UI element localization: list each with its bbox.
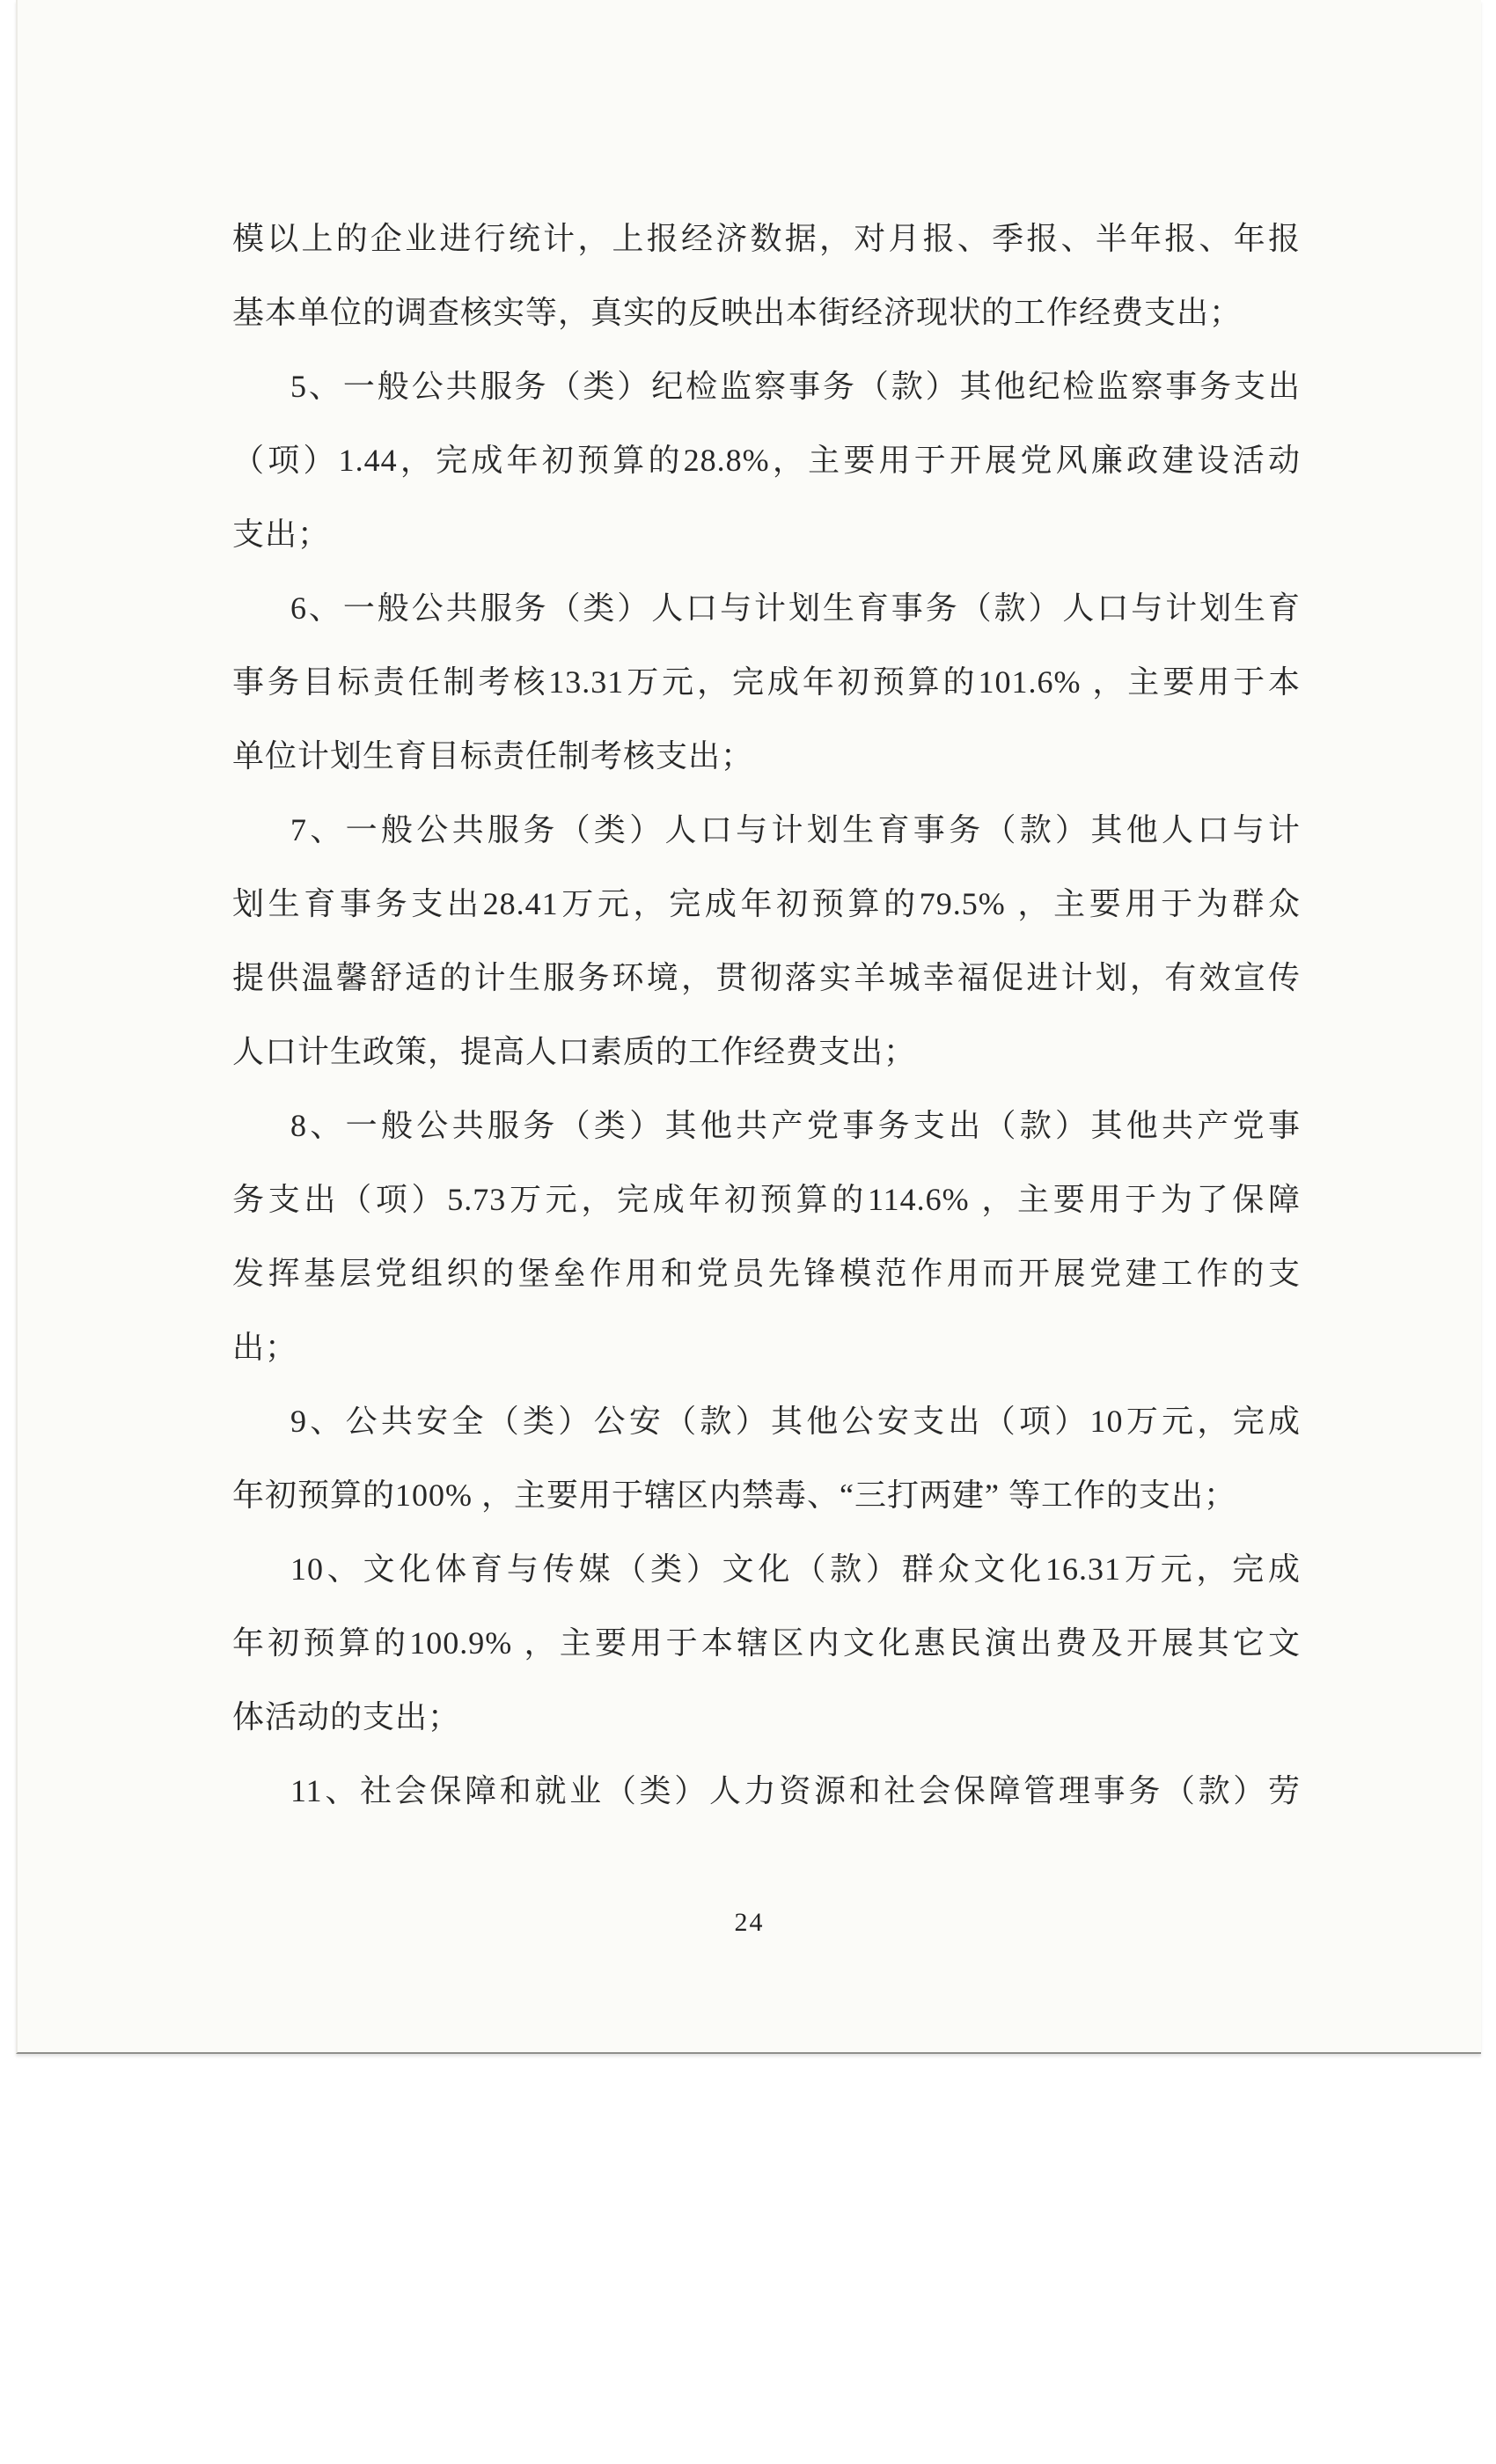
- text-line: 10、文化体育与传媒（类）文化（款）群众文化16.31万元，完成: [232, 1532, 1301, 1606]
- text-line: 事务目标责任制考核13.31万元，完成年初预算的101.6% ，主要用于本: [232, 645, 1301, 719]
- text-line: 年初预算的100.9% ，主要用于本辖区内文化惠民演出费及开展其它文: [232, 1606, 1301, 1680]
- text-line: （项）1.44，完成年初预算的28.8%，主要用于开展党风廉政建设活动: [232, 423, 1301, 497]
- text-block: 模以上的企业进行统计，上报经济数据，对月报、季报、半年报、年报基本单位的调查核实…: [232, 202, 1301, 1828]
- text-line: 11、社会保障和就业（类）人力资源和社会保障管理事务（款）劳: [232, 1754, 1301, 1828]
- text-line: 体活动的支出；: [232, 1680, 1301, 1754]
- text-line: 5、一般公共服务（类）纪检监察事务（款）其他纪检监察事务支出: [232, 349, 1301, 423]
- text-line: 发挥基层党组织的堡垒作用和党员先锋模范作用而开展党建工作的支: [232, 1236, 1301, 1310]
- text-line: 务支出（项）5.73万元，完成年初预算的114.6% ，主要用于为了保障: [232, 1162, 1301, 1236]
- text-line: 模以上的企业进行统计，上报经济数据，对月报、季报、半年报、年报: [232, 202, 1301, 275]
- text-line: 9、公共安全（类）公安（款）其他公安支出（项）10万元，完成: [232, 1384, 1301, 1458]
- text-line: 6、一般公共服务（类）人口与计划生育事务（款）人口与计划生育: [232, 571, 1301, 645]
- text-line: 7、一般公共服务（类）人口与计划生育事务（款）其他人口与计: [232, 793, 1301, 867]
- text-line: 8、一般公共服务（类）其他共产党事务支出（款）其他共产党事: [232, 1089, 1301, 1162]
- text-line: 出；: [232, 1310, 1301, 1384]
- text-line: 单位计划生育目标责任制考核支出；: [232, 719, 1301, 793]
- text-line: 支出；: [232, 497, 1301, 571]
- text-line: 划生育事务支出28.41万元，完成年初预算的79.5% ，主要用于为群众: [232, 867, 1301, 941]
- text-line: 年初预算的100% ，主要用于辖区内禁毒、“三打两建” 等工作的支出；: [232, 1458, 1301, 1532]
- document-page: 模以上的企业进行统计，上报经济数据，对月报、季报、半年报、年报基本单位的调查核实…: [16, 0, 1481, 2054]
- text-line: 人口计生政策，提高人口素质的工作经费支出；: [232, 1015, 1301, 1089]
- text-line: 基本单位的调查核实等，真实的反映出本街经济现状的工作经费支出；: [232, 275, 1301, 349]
- text-line: 提供温馨舒适的计生服务环境，贯彻落实羊城幸福促进计划，有效宣传: [232, 941, 1301, 1015]
- scan-canvas: 模以上的企业进行统计，上报经济数据，对月报、季报、半年报、年报基本单位的调查核实…: [0, 0, 1496, 2464]
- page-number: 24: [18, 1908, 1481, 1938]
